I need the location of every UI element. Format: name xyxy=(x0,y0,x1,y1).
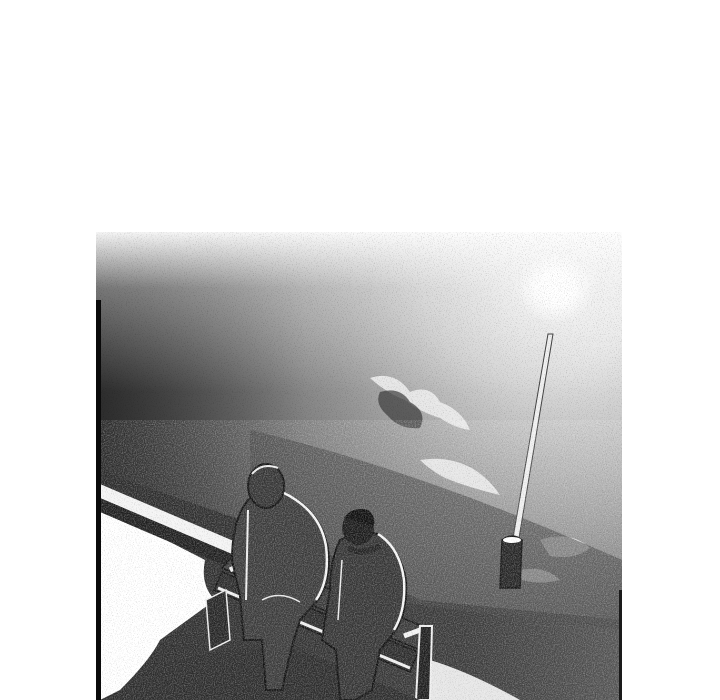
panel-content xyxy=(96,232,622,700)
panel-border-left xyxy=(96,300,101,700)
panel-illustration xyxy=(0,0,720,700)
comic-panel xyxy=(0,0,720,700)
comic-page xyxy=(0,0,720,700)
panel-border-right xyxy=(619,590,622,700)
